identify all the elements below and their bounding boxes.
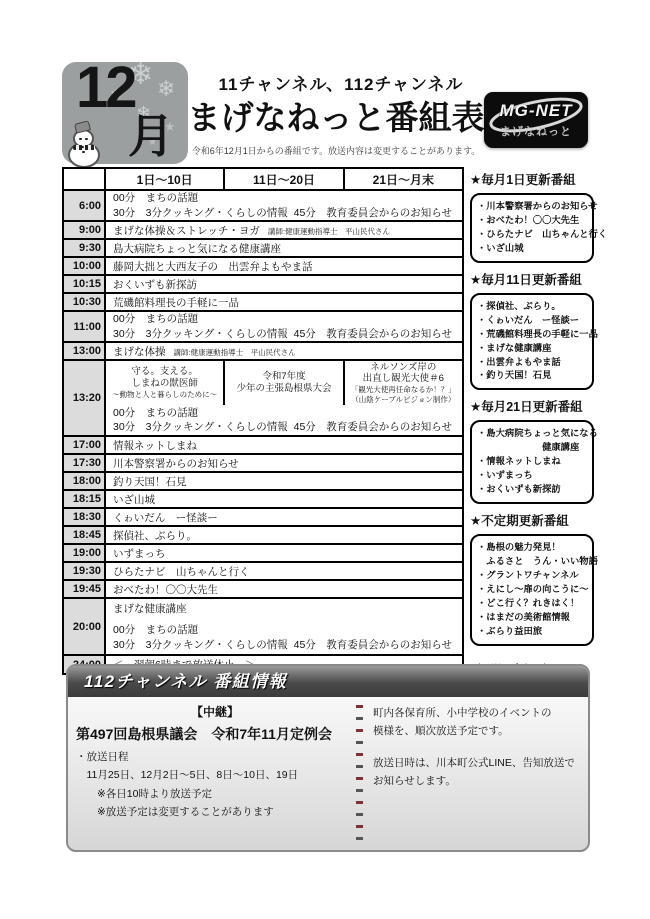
program-title: まげな体操＆ストレッチ・ヨガ講師:健康運動指導士 平山民代さん (113, 223, 458, 238)
split-program-cell: 守る。支える。しまねの獣医師～動物と人と暮らしのために～ (106, 361, 225, 405)
time-label: 18:30 (64, 509, 106, 525)
time-label: 19:45 (64, 581, 106, 597)
sidebar-program-item: ・釣り天国！石見 (477, 369, 588, 383)
channel112-right-column: 町内各保育所、小中学校のイベントの模様を、順次放送予定です。放送日時は、川本町公… (373, 701, 582, 845)
schedule-row: 17:00情報ネットしまね (64, 435, 462, 453)
program-text: いずまっち (113, 546, 166, 561)
program-text: まげな体操 (113, 344, 166, 359)
sidebar-section-box: ・島根の魅力発見！ ふるさと うん・いい物語・グラントワチャンネル・えにし～扉の… (470, 534, 594, 646)
sidebar-program-item: ・情報ネットしまね (477, 455, 588, 469)
program-slot-line: 00分 まちの話題 (113, 406, 458, 420)
paragraph-gap (373, 741, 582, 755)
slot-30min: 30分 3分クッキング・くらしの情報 (113, 420, 288, 434)
broadcast-schedule-line: ※各日10時より放送予定 (76, 785, 354, 803)
schedule-row: 9:30島大病院ちょっと気になる健康講座 (64, 238, 462, 256)
program-cell: くゎいだん ー怪談ー (106, 509, 462, 525)
event-info-line: 放送日時は、川本町公式LINE、告知放送で (373, 755, 582, 773)
sidebar-program-item: ・荒磯館料理長の手軽に一品 (477, 328, 588, 342)
split-program-cell: 令和7年度少年の主張島根県大会 (225, 361, 344, 405)
split-program-cells: 守る。支える。しまねの獣医師～動物と人と暮らしのために～令和7年度少年の主張島根… (106, 361, 462, 405)
time-label: 19:00 (64, 545, 106, 561)
program-cell: 釣り天国！石見 (106, 473, 462, 489)
program-slot-line: 00分 まちの話題 (113, 191, 458, 205)
time-label: 6:00 (64, 191, 106, 220)
program-text: 藤岡大拙と大西友子の 出雲弁よもやま話 (113, 259, 313, 274)
schedule-row: 13:00まげな体操講師:健康運動指導士 平山民代さん (64, 341, 462, 359)
program-title: 荒磯館料理長の手軽に一品 (113, 295, 458, 310)
program-note: 講師:健康運動指導士 平山民代さん (268, 226, 390, 237)
program-cell: おくいずも新探訪 (106, 276, 462, 292)
program-cell: まげな体操＆ストレッチ・ヨガ講師:健康運動指導士 平山民代さん (106, 222, 462, 238)
program-text: ひらたナビ 山ちゃんと行く (113, 564, 250, 579)
schedule-row: 6:0000分 まちの話題30分 3分クッキング・くらしの情報45分 教育委員会… (64, 189, 462, 220)
program-cell: 藤岡大拙と大西友子の 出雲弁よもやま話 (106, 258, 462, 274)
time-label: 10:15 (64, 276, 106, 292)
broadcast-schedule-line: ・放送日程 (76, 748, 354, 766)
sidebar-program-item: ・グラントワチャンネル (477, 569, 588, 583)
program-text: 少年の主張島根県大会 (236, 383, 331, 395)
program-text: 守る。支える。 (131, 366, 198, 378)
time-label: 11:00 (64, 312, 106, 341)
broadcast-schedule-line: ※放送予定は変更することがあります (76, 803, 354, 821)
program-title: くゎいだん ー怪談ー (113, 510, 458, 525)
schedule-row: 18:45探偵社、ぶらり。 (64, 525, 462, 543)
program-title: 情報ネットしまね (113, 438, 458, 453)
program-slot-line: 30分 3分クッキング・くらしの情報45分 教育委員会からのお知らせ (113, 206, 458, 220)
program-text: おべたわ！〇〇大先生 (113, 582, 218, 597)
program-cell: 探偵社、ぶらり。 (106, 527, 462, 543)
page-title: まげなねっと番組表 (186, 92, 486, 139)
time-label: 17:30 (64, 455, 106, 471)
sidebar-section-box: ・島大病院ちょっと気になる 健康講座・情報ネットしまね・いずまっち・おくいずも新… (470, 420, 594, 504)
time-label: 18:45 (64, 527, 106, 543)
time-label: 13:20 (64, 361, 106, 435)
slot-45min: 45分 教育委員会からのお知らせ (294, 327, 452, 341)
channel112-info-box: 112チャンネル 番組情報 【中継】 第497回島根県議会 令和7年11月定例会… (66, 664, 590, 852)
sidebar-program-item: ・川本警察署からのお知らせ (477, 200, 588, 214)
sidebar-program-item: ・島根の魅力発見！ (477, 541, 588, 555)
program-title: 探偵社、ぶらり。 (113, 528, 458, 543)
schedule-row: 17:30川本警察署からのお知らせ (64, 453, 462, 471)
month-badge: ❄ ❄ ❄ ❄ ★ ★ 12 月 (62, 62, 188, 164)
time-label: 13:00 (64, 343, 106, 359)
sidebar-program-item: ・いずまっち (477, 469, 588, 483)
program-title: 釣り天国！石見 (113, 474, 458, 489)
slot-45min: 45分 教育委員会からのお知らせ (294, 638, 452, 652)
program-cell: 守る。支える。しまねの獣医師～動物と人と暮らしのために～令和7年度少年の主張島根… (106, 361, 462, 435)
program-text: 探偵社、ぶらり。 (113, 528, 197, 543)
logo-subtext: まげなねっと (484, 123, 588, 139)
slot-30min: 30分 3分クッキング・くらしの情報 (113, 327, 288, 341)
time-label: 18:00 (64, 473, 106, 489)
program-slot-line: 30分 3分クッキング・くらしの情報45分 教育委員会からのお知らせ (113, 638, 458, 652)
schedule-table: 1日～10日11日～20日21日～月末6:0000分 まちの話題30分 3分クッ… (62, 167, 464, 675)
program-text: いざ山城 (113, 492, 155, 507)
schedule-header-row: 1日～10日11日～20日21日～月末 (64, 169, 462, 189)
schedule-row: 19:45おべたわ！〇〇大先生 (64, 579, 462, 597)
sidebar-section-title: ★不定期更新番組 (470, 511, 594, 529)
program-text: くゎいだん ー怪談ー (113, 510, 218, 525)
sidebar-program-item: ・どこ行く？れきはく！ (477, 597, 588, 611)
schedule-row: 13:20守る。支える。しまねの獣医師～動物と人と暮らしのために～令和7年度少年… (64, 359, 462, 435)
program-slot-line: 00分 まちの話題 (113, 623, 458, 637)
program-cell: まげな体操講師:健康運動指導士 平山民代さん (106, 343, 462, 359)
sidebar-program-item: ・えにし～扉の向こうに～ (477, 583, 588, 597)
program-cell: 情報ネットしまね (106, 437, 462, 453)
page-subtitle: 令和6年12月1日からの番組です。放送内容は変更することがあります。 (176, 144, 496, 157)
sidebar-section-box: ・川本警察署からのお知らせ・おべたわ！〇〇大先生・ひらたナビ 山ちゃんと行く・い… (470, 193, 594, 263)
event-broadcast-lines: 町内各保育所、小中学校のイベントの模様を、順次放送予定です。放送日時は、川本町公… (373, 705, 582, 790)
snowman-icon (62, 110, 108, 168)
program-text: 令和7年度 (262, 371, 305, 383)
program-cell: 島大病院ちょっと気になる健康講座 (106, 240, 462, 256)
program-title: おくいずも新探訪 (113, 277, 458, 292)
sidebar-sections: ★毎月1日更新番組・川本警察署からのお知らせ・おべたわ！〇〇大先生・ひらたナビ … (470, 170, 594, 646)
program-note: 講師:健康運動指導士 平山民代さん (174, 347, 296, 358)
slot-30min: 30分 3分クッキング・くらしの情報 (113, 206, 288, 220)
assembly-schedule-lines: ・放送日程 11月25日、12月2日～5日、8日～10日、19日 ※各日10時よ… (76, 748, 354, 822)
corner-cell (64, 169, 106, 189)
slot-45min: 45分 教育委員会からのお知らせ (294, 420, 452, 434)
program-title: 島大病院ちょっと気になる健康講座 (113, 241, 458, 256)
program-text: ネルソンズ岸の (370, 362, 436, 374)
program-text: まげな体操＆ストレッチ・ヨガ (113, 223, 260, 238)
program-text: 荒磯館料理長の手軽に一品 (113, 295, 239, 310)
program-slot-line: 00分 まちの話題 (113, 312, 458, 326)
sidebar-program-item: ・おくいずも新探訪 (477, 483, 588, 497)
slot-45min: 45分 教育委員会からのお知らせ (294, 206, 452, 220)
time-label: 10:00 (64, 258, 106, 274)
sidebar-section-title: ★毎月21日更新番組 (470, 397, 594, 415)
program-cell: いざ山城 (106, 491, 462, 507)
program-title: まげな体操講師:健康運動指導士 平山民代さん (113, 344, 458, 359)
program-text: しまねの獣医師 (131, 378, 198, 390)
schedule-row: 19:30ひらたナビ 山ちゃんと行く (64, 561, 462, 579)
program-title: いざ山城 (113, 492, 458, 507)
sidebar-section-box: ・探偵社、ぶらり。・くゎいだん ー怪談ー・荒磯館料理長の手軽に一品・まげな健康講… (470, 293, 594, 391)
channel112-bar-title: 112チャンネル 番組情報 (68, 666, 588, 697)
schedule-row: 10:00藤岡大拙と大西友子の 出雲弁よもやま話 (64, 256, 462, 274)
sidebar-program-item: 健康講座 (477, 441, 588, 455)
sidebar-program-item: ・探偵社、ぶらり。 (477, 300, 588, 314)
program-subtext: （山陰ケーブルビジョン制作） (351, 395, 455, 404)
program-cell: いずまっち (106, 545, 462, 561)
schedule-row: 20:00まげな健康講座00分 まちの話題30分 3分クッキング・くらしの情報4… (64, 597, 462, 654)
time-label: 9:30 (64, 240, 106, 256)
program-slot-line: 30分 3分クッキング・くらしの情報45分 教育委員会からのお知らせ (113, 327, 458, 341)
event-info-line: 模様を、順次放送予定です。 (373, 723, 582, 741)
program-slot-line: 30分 3分クッキング・くらしの情報45分 教育委員会からのお知らせ (113, 420, 458, 434)
month-unit: 月 (128, 100, 174, 166)
schedule-row: 9:00まげな体操＆ストレッチ・ヨガ講師:健康運動指導士 平山民代さん (64, 220, 462, 238)
sidebar-program-item: ・はまだの美術館情報 (477, 611, 588, 625)
program-cell: 00分 まちの話題30分 3分クッキング・くらしの情報45分 教育委員会からのお… (106, 312, 462, 341)
event-info-line: 町内各保育所、小中学校のイベントの (373, 705, 582, 723)
time-label: 20:00 (64, 599, 106, 654)
sidebar-program-item: ・ぶらり益田旅 (477, 625, 588, 639)
time-label: 18:15 (64, 491, 106, 507)
time-label: 17:00 (64, 437, 106, 453)
program-guide-page: ❄ ❄ ❄ ❄ ★ ★ 12 月 11チャンネル、112チャンネル まげなねっと… (0, 0, 650, 919)
program-subtext: 「観光大使再任命なるか！？」 (351, 385, 456, 394)
program-text: おくいずも新探訪 (113, 277, 197, 292)
program-text: 釣り天国！石見 (113, 474, 187, 489)
sidebar-section-title: ★毎月11日更新番組 (470, 270, 594, 288)
program-text: 川本警察署からのお知らせ (113, 456, 239, 471)
sidebar-section-title: ★毎月1日更新番組 (470, 170, 594, 188)
sidebar-program-item: ・いざ山城 (477, 242, 588, 256)
sidebar-program-item: ふるさと うん・いい物語 (477, 555, 588, 569)
split-program-cell: ネルソンズ岸の出直し観光大使＃6「観光大使再任命なるか！？」（山陰ケーブルビジョ… (345, 361, 462, 405)
program-text: 島大病院ちょっと気になる健康講座 (113, 241, 281, 256)
program-subtext: ～動物と人と暮らしのために～ (112, 390, 217, 399)
program-cell: まげな健康講座00分 まちの話題30分 3分クッキング・くらしの情報45分 教育… (106, 599, 462, 654)
slot-30min: 30分 3分クッキング・くらしの情報 (113, 638, 288, 652)
time-label: 9:00 (64, 222, 106, 238)
column-header: 21日～月末 (345, 169, 462, 189)
time-label: 10:30 (64, 294, 106, 310)
sidebar-program-item: ・出雲弁よもやま話 (477, 356, 588, 370)
schedule-row: 18:15いざ山城 (64, 489, 462, 507)
program-title: おべたわ！〇〇大先生 (113, 582, 458, 597)
dashed-divider (356, 705, 363, 845)
schedule-row: 10:15おくいずも新探訪 (64, 274, 462, 292)
program-cell: ひらたナビ 山ちゃんと行く (106, 563, 462, 579)
program-title: いずまっち (113, 546, 458, 561)
program-text: 出直し観光大使＃6 (363, 373, 444, 385)
program-title: 川本警察署からのお知らせ (113, 456, 458, 471)
program-cell: 00分 まちの話題30分 3分クッキング・くらしの情報45分 教育委員会からのお… (106, 191, 462, 220)
program-title: ひらたナビ 山ちゃんと行く (113, 564, 458, 579)
assembly-title: 第497回島根県議会 令和7年11月定例会 (76, 724, 354, 744)
program-title: 藤岡大拙と大西友子の 出雲弁よもやま話 (113, 259, 458, 274)
mgnet-logo: MG-NET まげなねっと (484, 92, 588, 148)
sidebar-program-item: ・島大病院ちょっと気になる (477, 427, 588, 441)
schedule-row: 10:30荒磯館料理長の手軽に一品 (64, 292, 462, 310)
program-text: まげな健康講座 (113, 601, 458, 616)
program-text: 情報ネットしまね (113, 438, 197, 453)
snowflake-icon: ❄ (157, 78, 175, 100)
channel112-left-column: 【中継】 第497回島根県議会 令和7年11月定例会 ・放送日程 11月25日、… (76, 701, 354, 845)
schedule-row: 19:00いずまっち (64, 543, 462, 561)
logo-text: MG-NET (484, 101, 588, 121)
program-cell: 荒磯館料理長の手軽に一品 (106, 294, 462, 310)
schedule-row: 11:0000分 まちの話題30分 3分クッキング・くらしの情報45分 教育委員… (64, 310, 462, 341)
time-label: 19:30 (64, 563, 106, 579)
event-info-line: お知らせします。 (373, 773, 582, 791)
column-header: 11日～20日 (225, 169, 344, 189)
program-cell: おべたわ！〇〇大先生 (106, 581, 462, 597)
sidebar-program-item: ・くゎいだん ー怪談ー (477, 314, 588, 328)
schedule-row: 18:00釣り天国！石見 (64, 471, 462, 489)
relay-tag: 【中継】 (76, 703, 354, 720)
sidebar-program-item: ・まげな健康講座 (477, 342, 588, 356)
schedule-row: 18:30くゎいだん ー怪談ー (64, 507, 462, 525)
sidebar-program-item: ・おべたわ！〇〇大先生 (477, 214, 588, 228)
broadcast-schedule-line: 11月25日、12月2日～5日、8日～10日、19日 (76, 766, 354, 784)
sidebar-program-item: ・ひらたナビ 山ちゃんと行く (477, 228, 588, 242)
column-header: 1日～10日 (106, 169, 225, 189)
program-cell: 川本警察署からのお知らせ (106, 455, 462, 471)
